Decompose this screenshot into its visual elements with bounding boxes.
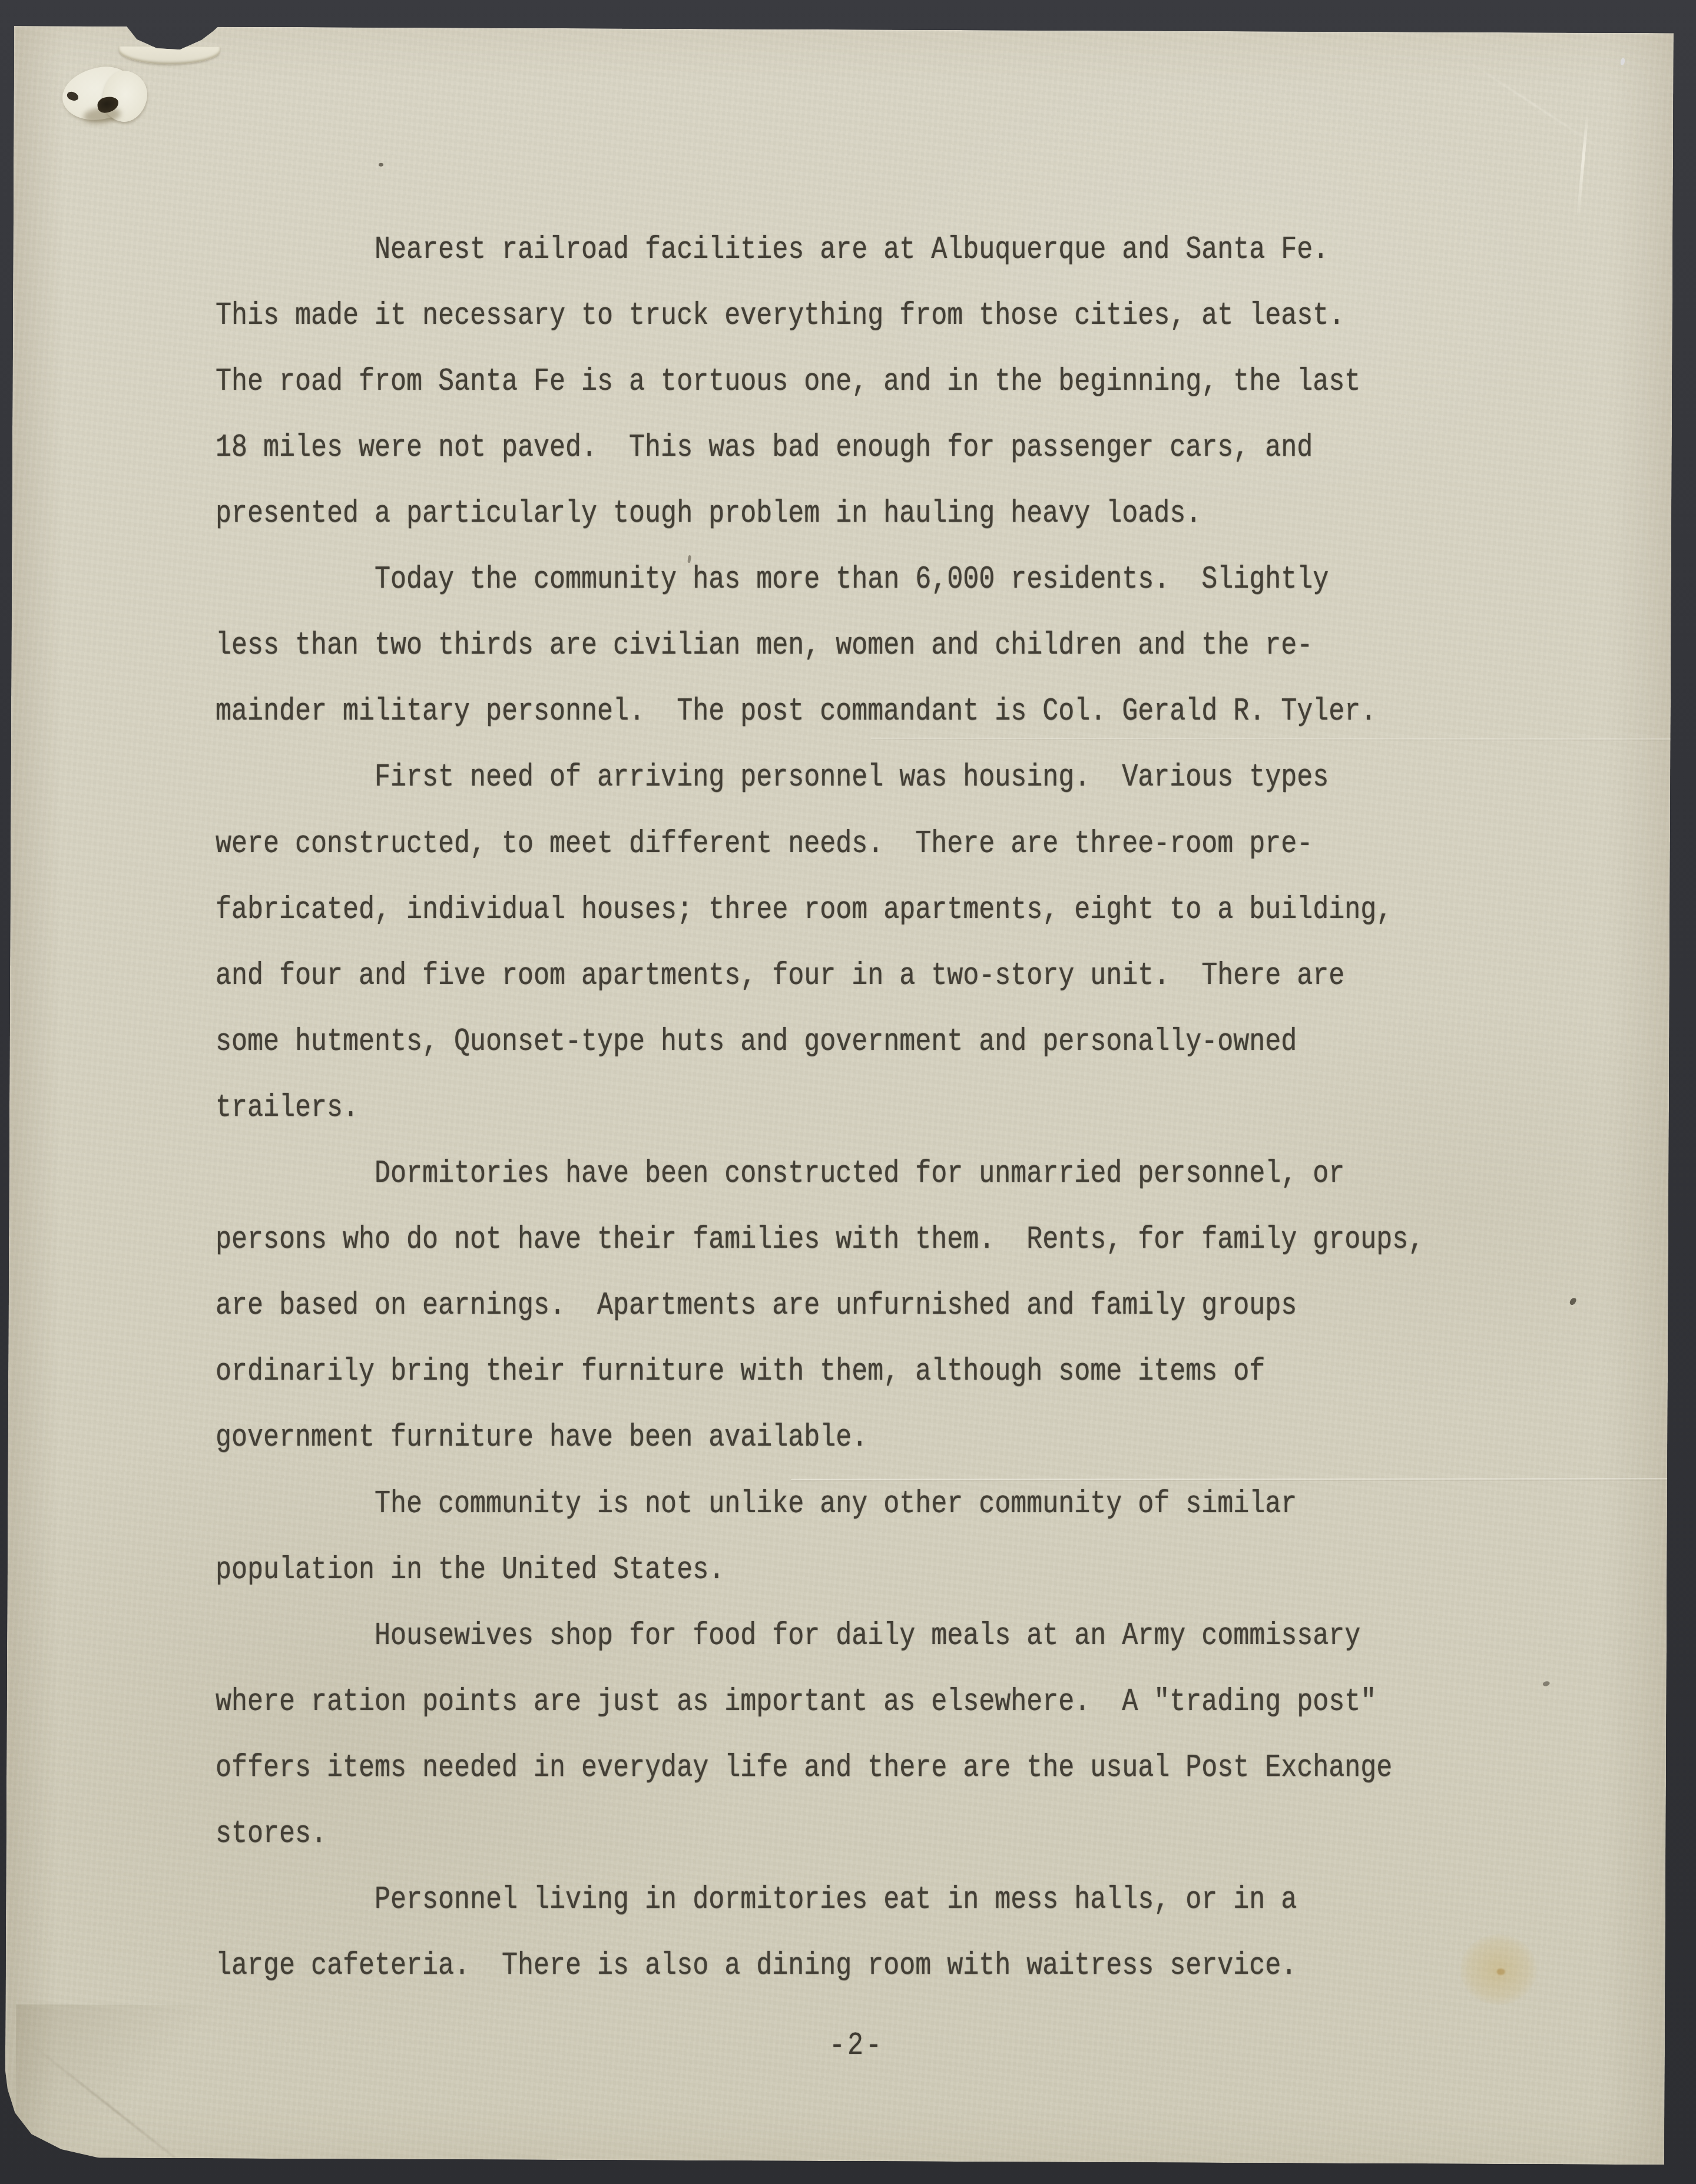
paper-notch-sliver (119, 47, 220, 65)
typewritten-line: Housewives shop for food for daily meals… (216, 1603, 1423, 1669)
typewritten-line: 18 miles were not paved. This was bad en… (216, 415, 1423, 480)
typewritten-line: are based on earnings. Apartments are un… (216, 1273, 1423, 1339)
typewritten-line: large cafeteria. There is also a dining … (216, 1933, 1423, 1999)
scratch-mark (1576, 117, 1588, 216)
typewritten-line: Personnel living in dormitories eat in m… (216, 1867, 1423, 1933)
typewritten-line: government furniture have been available… (216, 1405, 1423, 1471)
typewritten-line: The community is not unlike any other co… (216, 1471, 1423, 1537)
typewritten-line: presented a particularly tough problem i… (216, 480, 1423, 546)
typewritten-line: where ration points are just as importan… (216, 1669, 1423, 1735)
typewritten-line: Today the community has more than 6,000 … (216, 547, 1423, 613)
speck (1542, 1681, 1551, 1687)
page-number: -2- (829, 2028, 884, 2063)
typewritten-line: stores. (216, 1801, 1423, 1867)
typewritten-line: First need of arriving personnel was hou… (216, 745, 1423, 811)
typewritten-line: mainder military personnel. The post com… (216, 679, 1423, 745)
typewritten-line: and four and five room apartments, four … (216, 943, 1423, 1009)
speck (1569, 1297, 1577, 1306)
corner-fold (15, 2004, 210, 2158)
stain (1497, 1968, 1505, 1975)
speck (379, 163, 383, 167)
crease-line (1459, 55, 1608, 153)
scanned-page: Nearest railroad facilities are at Albuq… (0, 0, 1696, 2184)
typewritten-line: were constructed, to meet different need… (216, 811, 1423, 877)
typewritten-line: ordinarily bring their furniture with th… (216, 1339, 1423, 1405)
typewritten-line: fabricated, individual houses; three roo… (216, 877, 1423, 943)
typewritten-line: population in the United States. (216, 1537, 1423, 1603)
typewritten-line: This made it necessary to truck everythi… (216, 283, 1423, 349)
typewritten-line: offers items needed in everyday life and… (216, 1735, 1423, 1801)
typewritten-line: Dormitories have been constructed for un… (216, 1141, 1423, 1207)
typewritten-line: Nearest railroad facilities are at Albuq… (216, 217, 1423, 283)
typewritten-line: less than two thirds are civilian men, w… (216, 613, 1423, 679)
typewritten-line: trailers. (216, 1075, 1423, 1141)
typewritten-line: some hutments, Quonset-type huts and gov… (216, 1009, 1423, 1075)
typewritten-line: The road from Santa Fe is a tortuous one… (216, 349, 1423, 415)
typewritten-line: persons who do not have their families w… (216, 1207, 1423, 1273)
document-text: Nearest railroad facilities are at Albuq… (216, 217, 1423, 1999)
